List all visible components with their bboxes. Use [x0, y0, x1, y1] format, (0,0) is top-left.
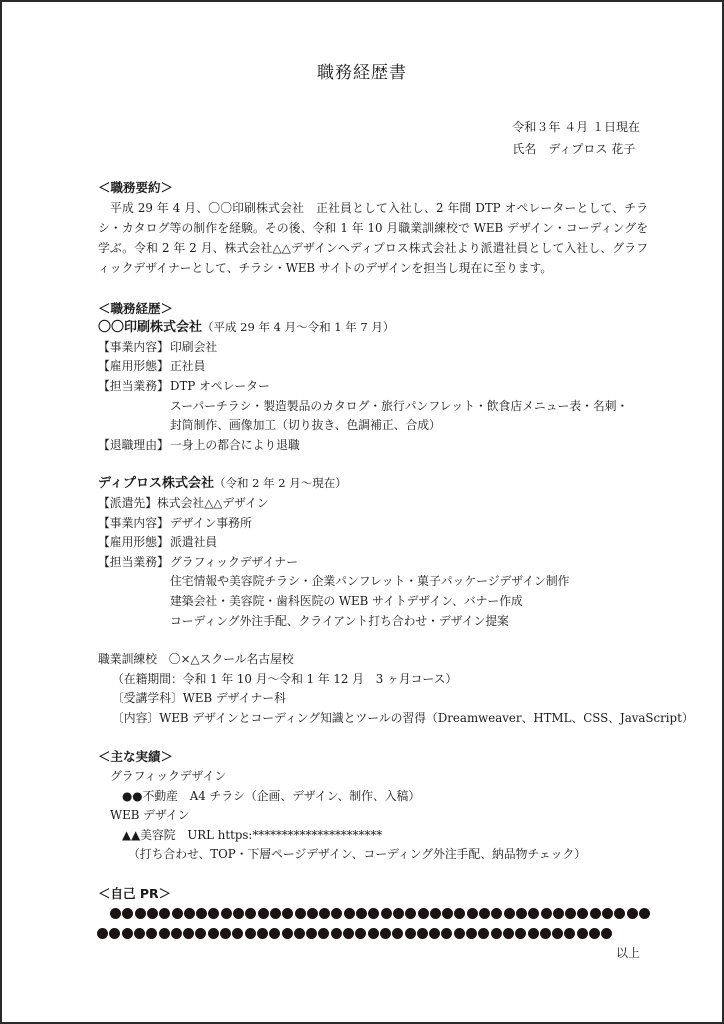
placeholder-dot-icon — [479, 908, 490, 919]
field-value: デザイン事務所 — [170, 514, 252, 534]
company-period: （令和 2 年 2 月～現在） — [214, 476, 347, 490]
field-value: 株式会社△△デザイン — [157, 494, 269, 514]
applicant-name: ディプロス 花子 — [548, 142, 635, 156]
placeholder-dot-icon — [97, 928, 108, 939]
placeholder-dot-icon — [430, 908, 441, 919]
school-block: 職業訓練校 〇×△スクール名古屋校 （在籍期間：令和 1 年 10 月～令和 1… — [98, 650, 648, 728]
applicant-name-line: 氏名 ディプロス 花子 — [512, 138, 640, 160]
placeholder-dot-icon — [552, 928, 563, 939]
placeholder-dot-icon — [282, 928, 293, 939]
placeholder-dot-icon — [159, 908, 170, 919]
field-label: 【担当業務】 — [98, 553, 170, 573]
company-block: 〇〇印刷株式会社（平成 29 年 4 月～令和 1 年 7 月） 【事業内容】 … — [98, 318, 648, 455]
field-value: 一身上の都合により退職 — [170, 436, 300, 456]
achievement-detail: （打ち合わせ、TOP・下層ページデザイン、コーディング外注手配、納品物チェック） — [98, 845, 648, 865]
field-row: 【派遣先】 株式会社△△デザイン — [98, 494, 648, 514]
field-row: 【雇用形態】 正社員 — [98, 357, 648, 377]
document-date: 令和３年 ４月 １日現在 — [512, 116, 640, 138]
duty-line: スーパーチラシ・製造製品のカタログ・旅行パンフレット・飲食店メニュー表・名刺・ — [98, 397, 648, 417]
field-value: 派遣社員 — [170, 533, 217, 553]
placeholder-dot-icon — [319, 908, 330, 919]
placeholder-dot-icon — [639, 908, 650, 919]
field-value: 正社員 — [170, 357, 205, 377]
achievements-heading: ＜主な実績＞ — [98, 747, 648, 767]
placeholder-dot-icon — [541, 908, 552, 919]
placeholder-dot-icon — [135, 908, 146, 919]
placeholder-dot-icon — [528, 928, 539, 939]
history-heading: ＜職務経歴＞ — [98, 299, 648, 319]
field-label: 【退職理由】 — [98, 436, 170, 456]
placeholder-dot-icon — [491, 908, 502, 919]
placeholder-dot-icon — [441, 928, 452, 939]
placeholder-dot-icon — [454, 908, 465, 919]
document-meta: 令和３年 ４月 １日現在 氏名 ディプロス 花子 — [512, 116, 640, 160]
placeholder-dot-icon — [147, 908, 158, 919]
company-block: ディプロス株式会社（令和 2 年 2 月～現在） 【派遣先】 株式会社△△デザイ… — [98, 474, 648, 631]
placeholder-dot-icon — [282, 908, 293, 919]
document-title: 職務経歴書 — [2, 64, 722, 84]
placeholder-dot-icon — [220, 928, 231, 939]
placeholder-dot-icon — [196, 908, 207, 919]
placeholder-dot-icon — [331, 928, 342, 939]
achievement-item: ●●不動産 A4 チラシ（企画、デザイン、制作、入稿） — [98, 787, 648, 807]
field-label: 【担当業務】 — [98, 377, 170, 397]
placeholder-dot-icon — [405, 908, 416, 919]
field-value: DTP オペレーター — [170, 377, 270, 397]
placeholder-dot-icon — [183, 928, 194, 939]
school-period: （在籍期間：令和 1 年 10 月～令和 1 年 12 月 3 ヶ月コース） — [98, 670, 648, 690]
placeholder-dot-icon — [418, 908, 429, 919]
field-label: 【雇用形態】 — [98, 357, 170, 377]
placeholder-dot-icon — [208, 908, 219, 919]
summary-text: 平成 29 年 4 月、〇〇印刷株式会社 正社員として入社し、2 年間 DTP … — [98, 198, 648, 278]
placeholder-dot-icon — [602, 908, 613, 919]
placeholder-dot-icon — [590, 908, 601, 919]
placeholder-dot-icon — [245, 908, 256, 919]
placeholder-dot-icon — [380, 928, 391, 939]
placeholder-dot-icon — [233, 908, 244, 919]
duty-line: 住宅情報や美容院チラシ・企業パンフレット・菓子パッケージデザイン制作 — [98, 572, 648, 592]
placeholder-dot-icon — [294, 928, 305, 939]
placeholder-dot-icon — [516, 908, 527, 919]
school-name: 職業訓練校 〇×△スクール名古屋校 — [98, 650, 648, 670]
placeholder-dot-icon — [195, 928, 206, 939]
placeholder-dot-icon — [172, 908, 183, 919]
company-name: ディプロス株式会社 — [98, 476, 214, 491]
placeholder-dot-icon — [245, 928, 256, 939]
placeholder-dot-icon — [466, 928, 477, 939]
placeholder-dot-icon — [269, 928, 280, 939]
placeholder-dot-icon — [318, 928, 329, 939]
placeholder-dot-icon — [295, 908, 306, 919]
achievement-category: グラフィックデザイン — [98, 767, 648, 787]
field-label: 【事業内容】 — [98, 338, 170, 358]
placeholder-dot-icon — [467, 908, 478, 919]
summary-heading: ＜職務要約＞ — [98, 178, 648, 198]
name-label: 氏名 — [512, 142, 536, 156]
company-title: ディプロス株式会社（令和 2 年 2 月～現在） — [98, 474, 648, 494]
document-body: ＜職務要約＞ 平成 29 年 4 月、〇〇印刷株式会社 正社員として入社し、2 … — [98, 178, 648, 944]
field-row: 【事業内容】 印刷会社 — [98, 338, 648, 358]
company-period: （平成 29 年 4 月～令和 1 年 7 月） — [202, 320, 394, 334]
placeholder-dot-icon — [627, 908, 638, 919]
duty-line: 封筒制作、画像加工（切り抜き、色調補正、合成） — [98, 416, 648, 436]
pr-heading: ＜自己 PR＞ — [98, 884, 648, 904]
placeholder-dot-icon — [381, 908, 392, 919]
placeholder-dot-icon — [564, 928, 575, 939]
placeholder-dot-icon — [171, 928, 182, 939]
achievement-item: ▲▲美容院 URL https:********************** — [98, 826, 648, 846]
placeholder-dot-icon — [454, 928, 465, 939]
placeholder-dot-icon — [528, 908, 539, 919]
placeholder-dot-icon — [257, 928, 268, 939]
pr-placeholder-line-2 — [98, 924, 648, 944]
placeholder-dot-icon — [344, 908, 355, 919]
field-label: 【雇用形態】 — [98, 533, 170, 553]
placeholder-dot-icon — [232, 928, 243, 939]
placeholder-dot-icon — [109, 928, 120, 939]
placeholder-dot-icon — [355, 928, 366, 939]
placeholder-dot-icon — [442, 908, 453, 919]
placeholder-dot-icon — [306, 928, 317, 939]
placeholder-dot-icon — [429, 928, 440, 939]
placeholder-dot-icon — [614, 908, 625, 919]
duty-line: 建築会社・美容院・歯科医院の WEB サイトデザイン、バナー作成 — [98, 592, 648, 612]
placeholder-dot-icon — [110, 908, 121, 919]
placeholder-dot-icon — [601, 928, 612, 939]
field-row: 【担当業務】 グラフィックデザイナー — [98, 553, 648, 573]
company-title: 〇〇印刷株式会社（平成 29 年 4 月～令和 1 年 7 月） — [98, 318, 648, 338]
placeholder-dot-icon — [331, 908, 342, 919]
placeholder-dot-icon — [208, 928, 219, 939]
placeholder-dot-icon — [589, 928, 600, 939]
placeholder-dot-icon — [577, 908, 588, 919]
placeholder-dot-icon — [417, 928, 428, 939]
placeholder-dot-icon — [134, 928, 145, 939]
placeholder-dot-icon — [122, 908, 133, 919]
resume-page: 職務経歴書 令和３年 ４月 １日現在 氏名 ディプロス 花子 ＜職務要約＞ 平成… — [0, 0, 724, 1024]
placeholder-dot-icon — [565, 908, 576, 919]
placeholder-dot-icon — [392, 928, 403, 939]
field-value: 印刷会社 — [170, 338, 217, 358]
field-row: 【事業内容】 デザイン事務所 — [98, 514, 648, 534]
placeholder-dot-icon — [478, 928, 489, 939]
placeholder-dot-icon — [577, 928, 588, 939]
field-value: グラフィックデザイナー — [170, 553, 298, 573]
placeholder-dot-icon — [221, 908, 232, 919]
field-label: 【事業内容】 — [98, 514, 170, 534]
field-row: 【雇用形態】 派遣社員 — [98, 533, 648, 553]
achievement-category: WEB デザイン — [98, 806, 648, 826]
field-row: 【担当業務】 DTP オペレーター — [98, 377, 648, 397]
placeholder-dot-icon — [393, 908, 404, 919]
placeholder-dot-icon — [540, 928, 551, 939]
placeholder-dot-icon — [504, 908, 515, 919]
closing-mark: 以上 — [616, 944, 640, 964]
placeholder-dot-icon — [368, 908, 379, 919]
placeholder-dot-icon — [356, 908, 367, 919]
placeholder-dot-icon — [270, 908, 281, 919]
placeholder-dot-icon — [184, 908, 195, 919]
placeholder-dot-icon — [343, 928, 354, 939]
duty-line: コーディング外注手配、クライアント打ち合わせ・デザイン提案 — [98, 612, 648, 632]
placeholder-dot-icon — [258, 908, 269, 919]
placeholder-dot-icon — [159, 928, 170, 939]
placeholder-dot-icon — [122, 928, 133, 939]
school-course: 〔受講学科〕WEB デザイナー科 — [98, 689, 648, 709]
field-row-retire: 【退職理由】 一身上の都合により退職 — [98, 436, 648, 456]
field-label: 【派遣先】 — [98, 494, 157, 514]
pr-placeholder-line-1 — [98, 904, 648, 924]
placeholder-dot-icon — [515, 928, 526, 939]
placeholder-dot-icon — [368, 928, 379, 939]
placeholder-dot-icon — [405, 928, 416, 939]
placeholder-dot-icon — [503, 928, 514, 939]
placeholder-dot-icon — [146, 928, 157, 939]
school-content: 〔内容〕WEB デザインとコーディング知識とツールの習得（Dreamweaver… — [98, 709, 648, 729]
placeholder-dot-icon — [491, 928, 502, 939]
placeholder-dot-icon — [307, 908, 318, 919]
company-name: 〇〇印刷株式会社 — [98, 320, 202, 335]
placeholder-dot-icon — [553, 908, 564, 919]
